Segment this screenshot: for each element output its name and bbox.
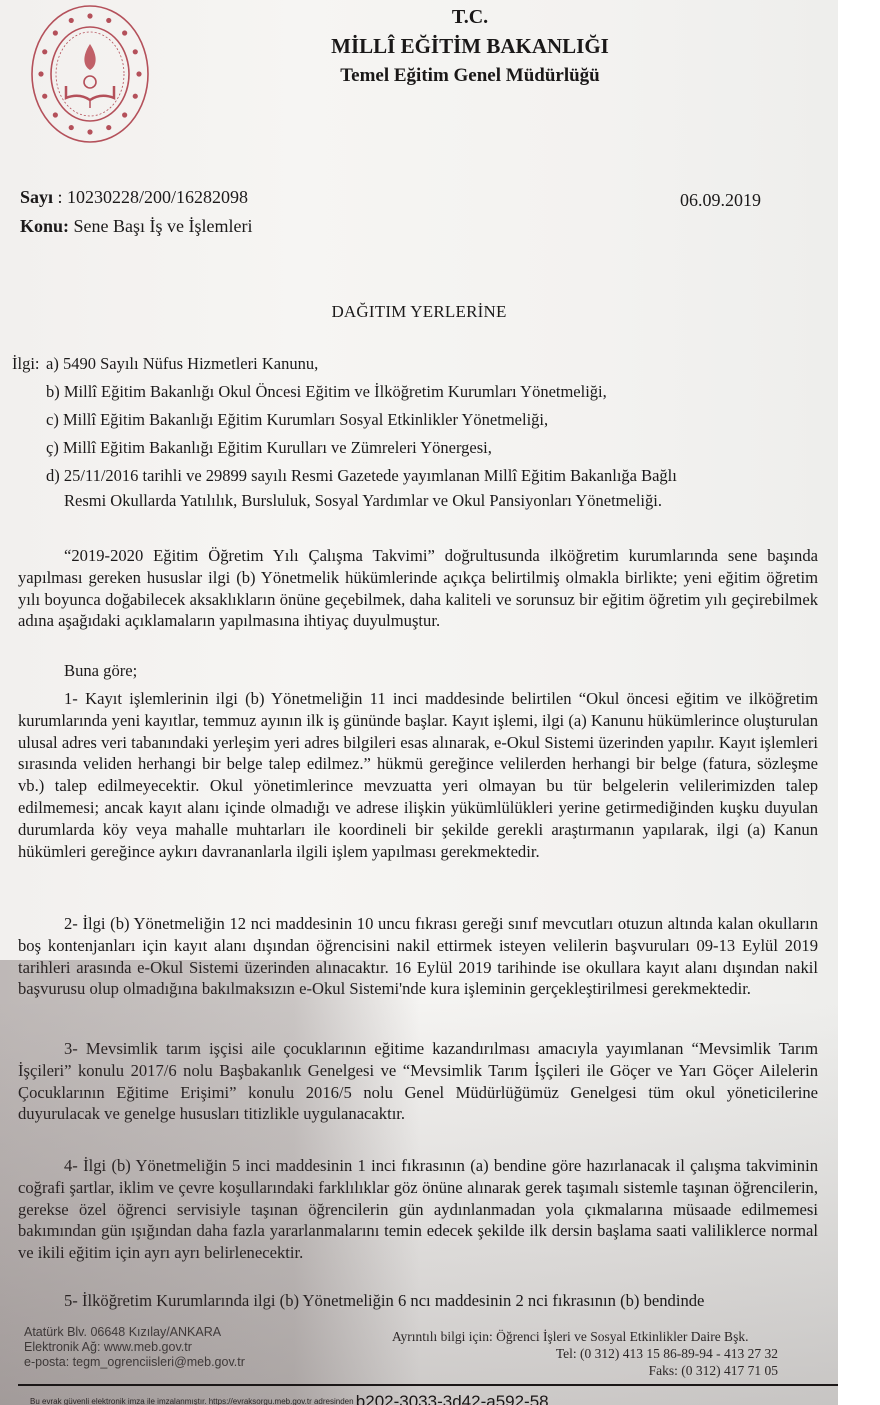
subject-label: Konu: bbox=[20, 216, 69, 236]
references-label: İlgi: bbox=[12, 354, 40, 374]
number-label: Sayı bbox=[20, 187, 53, 207]
footer-divider bbox=[18, 1384, 838, 1386]
recipient-heading: DAĞITIM YERLERİNE bbox=[0, 302, 838, 322]
footer-fax: Faks: (0 312) 417 71 05 bbox=[392, 1362, 778, 1379]
footer-department: Ayrıntılı bilgi için: Öğrenci İşleri ve … bbox=[392, 1328, 778, 1345]
document-page: T.C. MİLLÎ EĞİTİM BAKANLIĞI Temel Eğitim… bbox=[0, 0, 838, 1405]
verification-line: Bu evrak güvenli elektronik imza ile imz… bbox=[30, 1389, 549, 1405]
footer-address: Atatürk Blv. 06648 Kızılay/ANKARA bbox=[24, 1325, 245, 1340]
footer-email[interactable]: e-posta: tegm_ogrenciisleri@meb.gov.tr bbox=[24, 1355, 245, 1370]
footer-website[interactable]: Elektronik Ağ: www.meb.gov.tr bbox=[24, 1340, 245, 1355]
reference-item: Resmi Okullarda Yatılılık, Bursluluk, So… bbox=[64, 491, 662, 511]
reference-item: b) Millî Eğitim Bakanlığı Okul Öncesi Eğ… bbox=[46, 382, 607, 402]
verification-text: Bu evrak güvenli elektronik imza ile imz… bbox=[30, 1397, 354, 1405]
ministry-seal-icon bbox=[28, 2, 152, 146]
intro-paragraph: “2019-2020 Eğitim Öğretim Yılı Çalışma T… bbox=[18, 545, 818, 632]
item-paragraph-1: 1- Kayıt işlemlerinin ilgi (b) Yönetmeli… bbox=[18, 688, 818, 862]
item-paragraph-3: 3- Mevsimlik tarım işçisi aile çocukları… bbox=[18, 1038, 818, 1125]
verification-code: b202-3033-3d42-a592-58 bbox=[356, 1392, 549, 1405]
footer-phone: Tel: (0 312) 413 15 86-89-94 - 413 27 32 bbox=[392, 1345, 778, 1362]
document-date: 06.09.2019 bbox=[680, 190, 761, 211]
directorate-heading: Temel Eğitim Genel Müdürlüğü bbox=[180, 65, 760, 87]
lead-text: Buna göre; bbox=[18, 660, 818, 682]
reference-item: c) Millî Eğitim Bakanlığı Eğitim Kurumla… bbox=[46, 410, 548, 430]
item-paragraph-5: 5- İlköğretim Kurumlarında ilgi (b) Yöne… bbox=[18, 1290, 818, 1312]
reference-item: a) 5490 Sayılı Nüfus Hizmetleri Kanunu, bbox=[46, 354, 318, 374]
country-heading: T.C. bbox=[180, 6, 760, 29]
item-paragraph-4: 4- İlgi (b) Yönetmeliğin 5 inci maddesin… bbox=[18, 1155, 818, 1264]
footer-contact: Atatürk Blv. 06648 Kızılay/ANKARA Elektr… bbox=[24, 1325, 245, 1370]
document-number: Sayı : 10230228/200/16282098 bbox=[20, 187, 248, 208]
ministry-heading: MİLLÎ EĞİTİM BAKANLIĞI bbox=[180, 34, 760, 59]
number-value: : 10230228/200/16282098 bbox=[58, 187, 249, 207]
reference-item: ç) Millî Eğitim Bakanlığı Eğitim Kurulla… bbox=[46, 438, 492, 458]
item-paragraph-2: 2- İlgi (b) Yönetmeliğin 12 nci maddesin… bbox=[18, 913, 818, 1000]
document-subject: Konu: Sene Başı İş ve İşlemleri bbox=[20, 216, 253, 237]
reference-item: d) 25/11/2016 tarihli ve 29899 sayılı Re… bbox=[46, 466, 677, 486]
subject-value: Sene Başı İş ve İşlemleri bbox=[74, 216, 253, 236]
footer-info: Ayrıntılı bilgi için: Öğrenci İşleri ve … bbox=[392, 1328, 778, 1379]
